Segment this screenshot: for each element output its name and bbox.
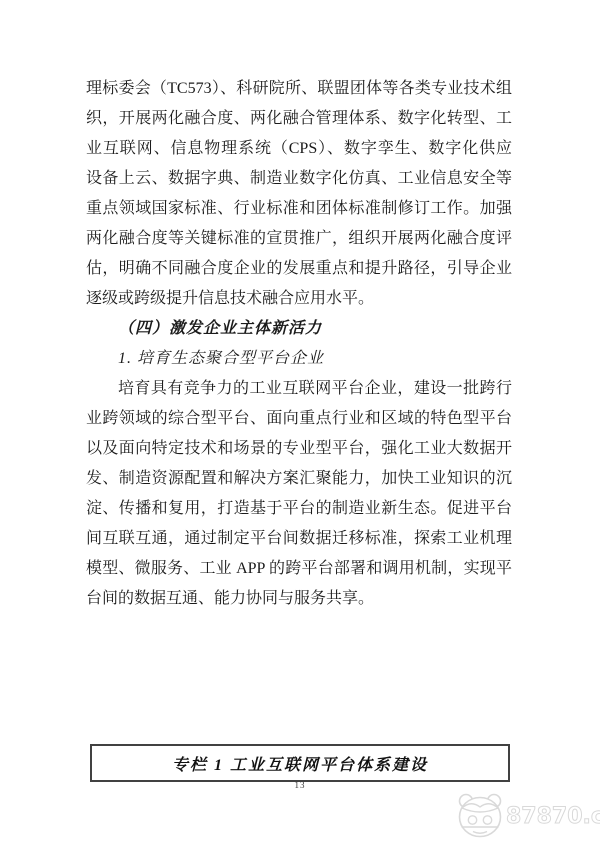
callout-box: 专栏 1 工业互联网平台体系建设 [90, 744, 510, 782]
text-line: 台间的数据互通、能力协同与服务共享。 [86, 584, 512, 614]
text-line: 重点领域国家标准、行业标准和团体标准制修订工作。加强 [86, 194, 512, 224]
text-line: 以及面向特定技术和场景的专业型平台，强化工业大数据开 [86, 434, 512, 464]
text-line: 发、制造资源配置和解决方案汇聚能力，加快工业知识的沉 [86, 464, 512, 494]
section-heading: （四）激发企业主体新活力 [86, 314, 512, 344]
text-line: 逐级或跨级提升信息技术融合应用水平。 [86, 284, 512, 314]
text-line: 间互联互通，通过制定平台间数据迁移标准，探索工业机理 [86, 524, 512, 554]
page-number: 13 [0, 780, 600, 790]
watermark: 87870.com [456, 792, 598, 844]
watermark-text: 87870.com [506, 804, 600, 829]
callout-box-title: 专栏 1 工业互联网平台体系建设 [172, 752, 428, 775]
body-text-block: 理标委会（TC573）、科研院所、联盟团体等各类专业技术组 织，开展两化融合度、… [86, 74, 512, 614]
sub-heading: 1. 培育生态聚合型平台企业 [86, 344, 512, 374]
document-page: 理标委会（TC573）、科研院所、联盟团体等各类专业技术组 织，开展两化融合度、… [0, 0, 600, 848]
text-line: 两化融合度等关键标准的宣贯推广，组织开展两化融合度评 [86, 224, 512, 254]
text-line: 估，明确不同融合度企业的发展重点和提升路径，引导企业 [86, 254, 512, 284]
text-line: 业跨领域的综合型平台、面向重点行业和区域的特色型平台 [86, 404, 512, 434]
text-line: 设备上云、数据字典、制造业数字化仿真、工业信息安全等 [86, 164, 512, 194]
text-line: 织，开展两化融合度、两化融合管理体系、数字化转型、工 [86, 104, 512, 134]
text-line: 理标委会（TC573）、科研院所、联盟团体等各类专业技术组 [86, 74, 512, 104]
text-line: 淀、传播和复用，打造基于平台的制造业新生态。促进平台 [86, 494, 512, 524]
text-line: 业互联网、信息物理系统（CPS）、数字孪生、数字化供应链、 [86, 134, 512, 164]
text-line: 培育具有竞争力的工业互联网平台企业，建设一批跨行 [86, 374, 512, 404]
text-line: 模型、微服务、工业 APP 的跨平台部署和调用机制，实现平 [86, 554, 512, 584]
